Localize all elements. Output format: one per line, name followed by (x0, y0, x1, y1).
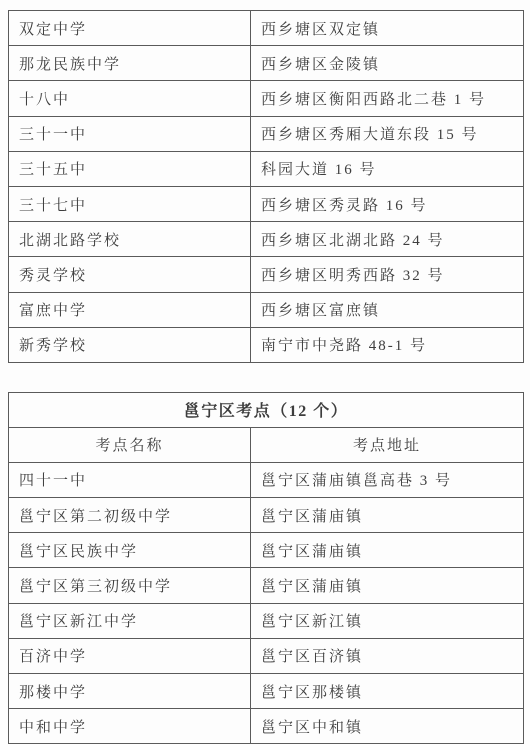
site-address-cell: 邕宁区蒲庙镇 (251, 568, 524, 603)
site-address-cell: 邕宁区那楼镇 (251, 674, 524, 709)
site-address-cell: 邕宁区百济镇 (251, 638, 524, 673)
exam-sites-table-continued: 双定中学西乡塘区双定镇那龙民族中学西乡塘区金陵镇十八中西乡塘区衡阳西路北二巷 1… (8, 10, 524, 363)
table-row: 邕宁区新江中学邕宁区新江镇 (9, 603, 524, 638)
table-row: 中和中学邕宁区中和镇 (9, 709, 524, 744)
site-address-cell: 西乡塘区富庶镇 (251, 292, 524, 327)
site-name-cell: 邕宁区第三初级中学 (9, 568, 251, 603)
site-name-cell: 邕宁区民族中学 (9, 533, 251, 568)
site-address-cell: 西乡塘区衡阳西路北二巷 1 号 (251, 81, 524, 116)
table-title: 邕宁区考点（12 个） (9, 392, 524, 427)
site-address-cell: 邕宁区新江镇 (251, 603, 524, 638)
exam-sites-table-body: 双定中学西乡塘区双定镇那龙民族中学西乡塘区金陵镇十八中西乡塘区衡阳西路北二巷 1… (9, 11, 524, 363)
table-row: 那龙民族中学西乡塘区金陵镇 (9, 46, 524, 81)
table-row: 秀灵学校西乡塘区明秀西路 32 号 (9, 257, 524, 292)
table-row: 三十五中科园大道 16 号 (9, 151, 524, 186)
document-page: 双定中学西乡塘区双定镇那龙民族中学西乡塘区金陵镇十八中西乡塘区衡阳西路北二巷 1… (0, 0, 530, 744)
table-title-row: 邕宁区考点（12 个） (9, 392, 524, 427)
site-name-cell: 邕宁区新江中学 (9, 603, 251, 638)
site-name-cell: 秀灵学校 (9, 257, 251, 292)
table-row: 邕宁区第三初级中学邕宁区蒲庙镇 (9, 568, 524, 603)
table-row: 三十一中西乡塘区秀厢大道东段 15 号 (9, 116, 524, 151)
table-row: 三十七中西乡塘区秀灵路 16 号 (9, 186, 524, 221)
column-header-site-name: 考点名称 (9, 427, 251, 462)
site-address-cell: 南宁市中尧路 48-1 号 (251, 327, 524, 362)
site-name-cell: 那龙民族中学 (9, 46, 251, 81)
site-address-cell: 西乡塘区秀灵路 16 号 (251, 186, 524, 221)
table-row: 邕宁区第二初级中学邕宁区蒲庙镇 (9, 498, 524, 533)
table-row: 富庶中学西乡塘区富庶镇 (9, 292, 524, 327)
site-address-cell: 邕宁区中和镇 (251, 709, 524, 744)
table-row: 那楼中学邕宁区那楼镇 (9, 674, 524, 709)
site-name-cell: 新秀学校 (9, 327, 251, 362)
table-row: 新秀学校南宁市中尧路 48-1 号 (9, 327, 524, 362)
site-address-cell: 西乡塘区双定镇 (251, 11, 524, 46)
site-name-cell: 中和中学 (9, 709, 251, 744)
table-row: 四十一中邕宁区蒲庙镇邕高巷 3 号 (9, 462, 524, 497)
site-name-cell: 邕宁区第二初级中学 (9, 498, 251, 533)
column-header-row: 考点名称 考点地址 (9, 427, 524, 462)
site-name-cell: 三十五中 (9, 151, 251, 186)
site-name-cell: 富庶中学 (9, 292, 251, 327)
site-address-cell: 西乡塘区北湖北路 24 号 (251, 222, 524, 257)
site-address-cell: 邕宁区蒲庙镇 (251, 533, 524, 568)
site-name-cell: 那楼中学 (9, 674, 251, 709)
site-name-cell: 十八中 (9, 81, 251, 116)
site-name-cell: 双定中学 (9, 11, 251, 46)
column-header-site-address: 考点地址 (251, 427, 524, 462)
yongning-table-body: 四十一中邕宁区蒲庙镇邕高巷 3 号邕宁区第二初级中学邕宁区蒲庙镇邕宁区民族中学邕… (9, 462, 524, 744)
site-name-cell: 北湖北路学校 (9, 222, 251, 257)
yongning-exam-sites-table: 邕宁区考点（12 个） 考点名称 考点地址 四十一中邕宁区蒲庙镇邕高巷 3 号邕… (8, 392, 524, 745)
site-name-cell: 三十七中 (9, 186, 251, 221)
site-address-cell: 邕宁区蒲庙镇邕高巷 3 号 (251, 462, 524, 497)
site-name-cell: 三十一中 (9, 116, 251, 151)
table-row: 北湖北路学校西乡塘区北湖北路 24 号 (9, 222, 524, 257)
site-name-cell: 百济中学 (9, 638, 251, 673)
site-address-cell: 西乡塘区金陵镇 (251, 46, 524, 81)
site-name-cell: 四十一中 (9, 462, 251, 497)
table-row: 百济中学邕宁区百济镇 (9, 638, 524, 673)
table-row: 十八中西乡塘区衡阳西路北二巷 1 号 (9, 81, 524, 116)
table-row: 双定中学西乡塘区双定镇 (9, 11, 524, 46)
site-address-cell: 邕宁区蒲庙镇 (251, 498, 524, 533)
site-address-cell: 西乡塘区秀厢大道东段 15 号 (251, 116, 524, 151)
table-row: 邕宁区民族中学邕宁区蒲庙镇 (9, 533, 524, 568)
site-address-cell: 科园大道 16 号 (251, 151, 524, 186)
site-address-cell: 西乡塘区明秀西路 32 号 (251, 257, 524, 292)
